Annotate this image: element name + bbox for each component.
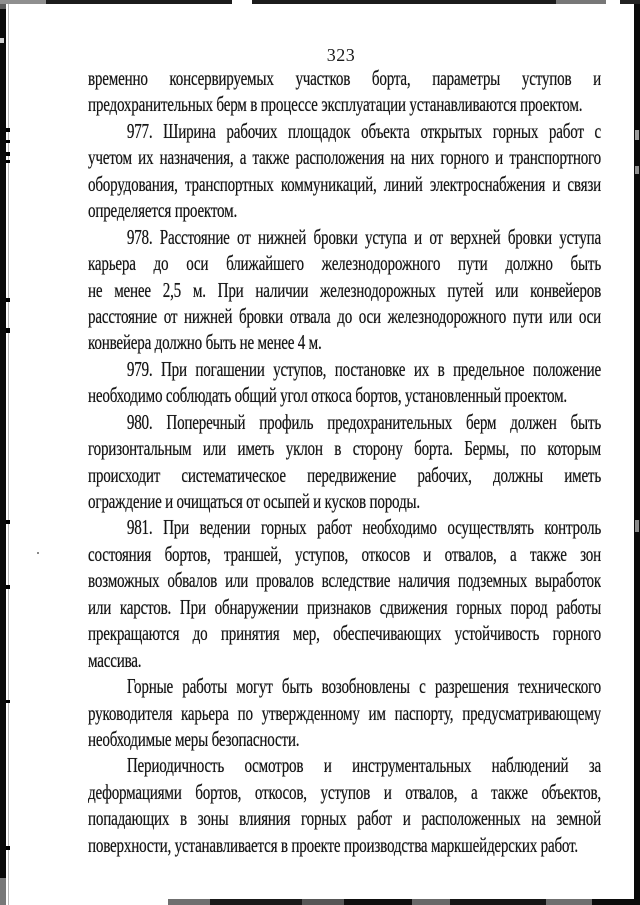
scan-bottom-strip: [168, 899, 210, 905]
text-line: массива.: [88, 647, 601, 673]
scan-top-strip: [620, 0, 640, 4]
text-line: 979. При погашении уступов, постановке и…: [88, 356, 601, 382]
scan-edge-left-bar: [0, 0, 6, 905]
text-line: Периодичность осмотров и инструментальны…: [88, 752, 601, 778]
scan-page-edge-line: [8, 0, 9, 905]
text-line: 977. Ширина рабочих площадок объекта отк…: [88, 118, 601, 144]
scan-speck: [6, 846, 10, 850]
text-line: состояния бортов, траншей, уступов, отко…: [88, 541, 601, 567]
text-line: деформациями бортов, откосов, уступов и …: [88, 779, 601, 805]
scan-speck: [6, 585, 10, 589]
text-line: определяется проектом.: [88, 197, 601, 223]
text-line: возможных обвалов или провалов вследстви…: [88, 567, 601, 593]
scan-bottom-strip: [210, 899, 302, 905]
scan-speck: [37, 552, 39, 554]
text-line: учетом их назначения, а также расположен…: [88, 144, 601, 170]
scan-top-strip: [252, 0, 556, 4]
text-line: попадающих в зоны влияния горных работ и…: [88, 805, 601, 831]
scan-top-strip: [46, 0, 232, 4]
text-line: временно консервируемых участков борта, …: [88, 65, 601, 91]
scan-speck: [6, 700, 10, 703]
text-line: горизонтальным или иметь уклон в сторону…: [88, 435, 601, 461]
page-text: временно консервируемых участков борта, …: [88, 65, 601, 858]
text-line: 980. Поперечный профиль предохранительны…: [88, 409, 601, 435]
scan-top-strip: [556, 0, 606, 4]
text-line: Горные работы могут быть возобновлены с …: [88, 673, 601, 699]
text-line: поверхности, устанавливается в проекте п…: [88, 832, 601, 858]
scan-speck: [6, 140, 10, 143]
scanned-document-page: 323 временно консервируемых участков бор…: [0, 0, 640, 905]
scan-bottom-strip: [412, 899, 450, 905]
text-line: 981. При ведении горных работ необходимо…: [88, 514, 601, 540]
scan-edge-right-notch: [635, 520, 639, 532]
scan-speck: [6, 160, 10, 163]
text-line: руководителя карьера по утвержденному им…: [88, 700, 601, 726]
text-line: оборудования, транспортных коммуникаций,…: [88, 171, 601, 197]
text-line: необходимые меры безопасности.: [88, 726, 601, 752]
scan-speck: [6, 328, 10, 333]
text-line: 978. Расстояние от нижней бровки уступа …: [88, 224, 601, 250]
text-line: предохранительных берм в процессе эксплу…: [88, 91, 601, 117]
scan-speck: [6, 298, 10, 302]
scan-bottom-strip: [450, 899, 546, 905]
scan-speck: [6, 152, 10, 156]
scan-speck: [6, 520, 10, 524]
scan-speck: [6, 128, 10, 132]
scan-edge-right-notch: [635, 166, 639, 174]
text-line: не менее 2,5 м. При наличии железнодорож…: [88, 277, 601, 303]
page-number: 323: [88, 46, 594, 64]
text-line: ограждение и очищаться от осыпей и куско…: [88, 488, 601, 514]
scan-bottom-strip: [302, 899, 344, 905]
scan-edge-left-notch: [0, 38, 4, 43]
scan-bottom-strip: [592, 899, 640, 905]
text-line: конвейера должно быть не менее 4 м.: [88, 329, 601, 355]
scan-edge-right-notch: [635, 130, 639, 140]
scan-bottom-strip: [546, 899, 592, 905]
text-line: необходимо соблюдать общий угол откоса б…: [88, 382, 601, 408]
scan-edge-left-bottom: [0, 878, 6, 905]
text-line: расстояние от нижней бровки отвала до ос…: [88, 303, 601, 329]
text-line: или карстов. При обнаружении признаков с…: [88, 594, 601, 620]
text-line: прекращаются до принятия мер, обеспечива…: [88, 620, 601, 646]
text-line: карьера до оси ближайшего железнодорожно…: [88, 250, 601, 276]
text-line: происходит систематическое передвижение …: [88, 462, 601, 488]
scan-top-strip: [0, 0, 46, 4]
scan-bottom-strip: [344, 899, 412, 905]
